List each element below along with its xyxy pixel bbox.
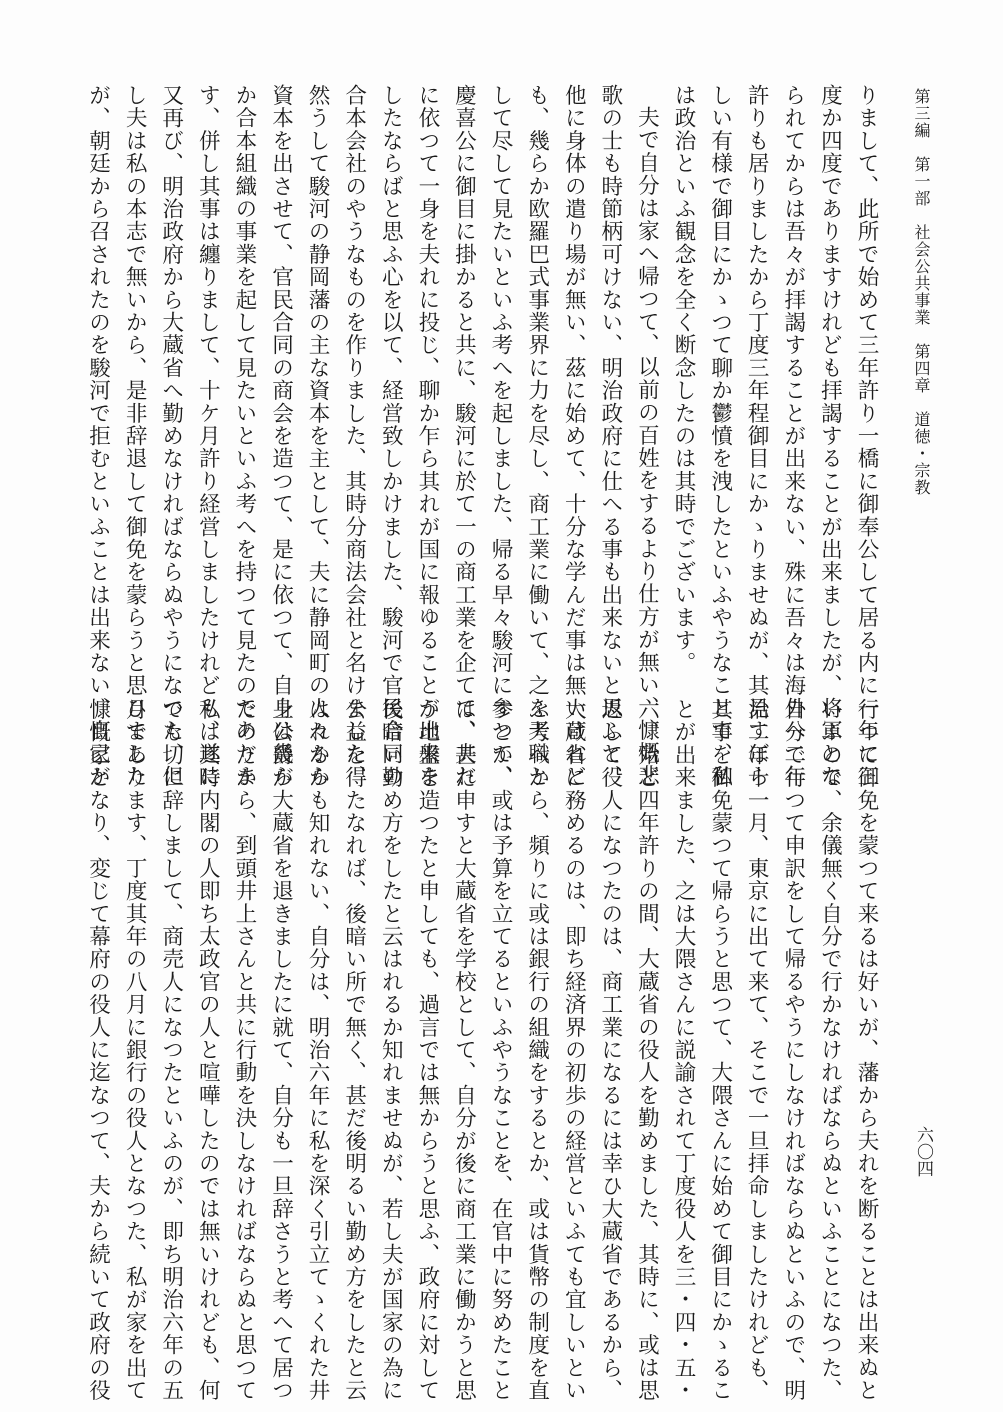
text-column: 返して役人になつたのは、商工業になるには幸ひ大蔵省であるから、 bbox=[591, 698, 628, 1283]
text-column: 歌の士も時節柄可けない、明治政府に仕へる事も出来ないと思ふと、 bbox=[591, 84, 628, 669]
upper-text-block: りまして、此所で始めて三年許り一橋に御奉公して居る内に一年に三 度か四度でありま… bbox=[66, 84, 884, 669]
text-column: 度か四度でありますけれども拝謁することが出来ましたが、将軍とな bbox=[811, 84, 848, 669]
text-column: 合本会社のやうなものを作りました、其時分商法会社と名けました、 bbox=[335, 84, 372, 669]
text-column: 慷慨家となり、変じて幕府の役人に迄なつて、夫から続いて政府の役 bbox=[79, 698, 116, 1283]
section-title: 社会公共事業 bbox=[912, 224, 931, 326]
text-column: も、幾らか欧羅巴式事業界に力を尽し、商工業に働いて、之を天職と bbox=[518, 84, 555, 669]
book-page: 第三編 第一部 社会公共事業 第四章 道徳・宗教 六〇四 りまして、此所で始めて… bbox=[0, 0, 1003, 1412]
running-head: 第三編 第一部 社会公共事業 第四章 道徳・宗教 bbox=[906, 88, 936, 648]
lower-text-block: 行つて御免を蒙つて来るは好いが、藩から夫れを断ることは出来ぬと いふので、余儀無… bbox=[66, 698, 884, 1283]
text-column: す、併し其事は纏りまして、十ケ月許り経営しましたけれども、遂に bbox=[189, 84, 226, 669]
text-column: とが出来ました、之は大隈さんに説諭されて丁度役人を三・四・五・ bbox=[664, 698, 701, 1283]
text-column: 其事を御免蒙つて帰らうと思つて、大隈さんに始めて御目にかゝるこ bbox=[701, 698, 738, 1283]
section-label: 第一部 bbox=[912, 156, 931, 207]
text-column: いふので、余儀無く自分で行かなければならぬといふことになつた、 bbox=[811, 698, 848, 1283]
text-column: でも切に辞しまして、商売人になつたといふのが、即ち明治六年の五 bbox=[152, 698, 189, 1283]
text-column: 後暗い勤め方をしたと云はれるか知れませぬが、若し夫が国家の為に bbox=[372, 698, 409, 1283]
text-column: 六、殆ど四年許りの間、大蔵省の役人を勤めました、其時に、或は思 bbox=[628, 698, 665, 1283]
text-column: はれるかも知れない、自分は、明治六年に私を深く引立てゝくれた井 bbox=[299, 698, 336, 1283]
text-column: ふ考へから、頻りに或は銀行の組織をするとか、或は貨幣の制度を直 bbox=[518, 698, 555, 1283]
part-label: 第三編 bbox=[912, 88, 931, 139]
text-column: たのだから、到頭井上さんと共に行動を決しなければならぬと思つて bbox=[225, 698, 262, 1283]
text-column: が、朝廷から召されたのを駿河で拒むといふことは出来ない、自己が bbox=[79, 84, 116, 669]
text-column: 又再び、明治政府から大蔵省へ勤めなければならぬやうになつた、但 bbox=[152, 84, 189, 669]
text-column: 許りも居りましたから丁度三年程御目にかゝりませぬが、其見すぼら bbox=[738, 84, 775, 669]
chapter-label: 第四章 bbox=[912, 343, 931, 394]
text-column: 月であります、丁度其年の八月に銀行の役人となつた、私が家を出て bbox=[116, 698, 153, 1283]
text-column: したならばと思ふ心を以て、経営致しかけました、駿河で官民合同の bbox=[372, 84, 409, 669]
text-column: 慶喜公に御目に掛かると共に、駿河に於て一の商工業を企てて、夫れ bbox=[445, 84, 482, 669]
paragraph-start-column: 夫で自分は家へ帰つて、以前の百姓をするより仕方が無い、慷慨悲 bbox=[628, 84, 665, 669]
text-column: は政治といふ観念を全く断念したのは其時でございます。 bbox=[664, 84, 701, 669]
text-column: 治二年十一月、東京に出て来て、そこで一旦拝命しましたけれども、 bbox=[738, 698, 775, 1283]
text-column: 上公爵が大蔵省を退きましたに就て、自分も一旦辞さうと考へて居つ bbox=[262, 698, 299, 1283]
text-column: に依つて一身を夫れに投じ、聊か乍ら其れが国に報ゆることが出来ま bbox=[408, 84, 445, 669]
text-column: し夫は私の本志で無いから、是非辞退して御免を蒙らうと思ひました bbox=[116, 84, 153, 669]
text-column: して尽して見たいといふ考へを起しました、帰る早々駿河に参つて、 bbox=[481, 84, 518, 669]
text-column: 公益を得たなれば、後暗い所で無く、甚だ後明るい勤め方をしたと云 bbox=[335, 698, 372, 1283]
text-column: 行つて御免を蒙つて来るは好いが、藩から夫れを断ることは出来ぬと bbox=[847, 698, 884, 1283]
text-column: 自分で行つて申訳をして帰るやうにしなければならぬといふので、明 bbox=[774, 698, 811, 1283]
text-column: 然うして駿河の静岡藩の主な資本を主として、夫に静岡町の人々から bbox=[299, 84, 336, 669]
page-number: 六〇四 bbox=[908, 1126, 938, 1177]
text-column: 大蔵省に務めるのは、即ち経済界の初歩の経営といふても宜しいとい bbox=[555, 698, 592, 1283]
text-column: すとか、或は予算を立てるといふやうなことを、在官中に努めたこと bbox=[481, 698, 518, 1283]
text-column: りまして、此所で始めて三年許り一橋に御奉公して居る内に一年に三 bbox=[847, 84, 884, 669]
text-column: 他に身体の遣り場が無い、茲に始めて、十分な学んだ事は無いけれど bbox=[555, 84, 592, 669]
chapter-title: 道徳・宗教 bbox=[912, 411, 931, 496]
text-column: か合本組織の事業を起して見たいといふ考へを持つて見たのでありま bbox=[225, 84, 262, 669]
text-column: しい有様で御目にかゝつて聊か鬱憤を洩したといふやうなことで、私 bbox=[701, 84, 738, 669]
text-column: う地盤を造つたと申しても、過言では無からうと思ふ、政府に対して bbox=[408, 698, 445, 1283]
text-column: は、甚だ申すと大蔵省を学校として、自分が後に商工業に働かうと思 bbox=[445, 698, 482, 1283]
text-column: られてからは吾々が拝謁することが出来ない、殊に吾々は海外へ二年 bbox=[774, 84, 811, 669]
text-column: 資本を出させて、官民合同の商会を造つて、是に依つて、自身は幾ら bbox=[262, 84, 299, 669]
text-column: 私は其時内閣の人即ち太政官の人と喧嘩したのでは無いけれども、何 bbox=[189, 698, 226, 1283]
